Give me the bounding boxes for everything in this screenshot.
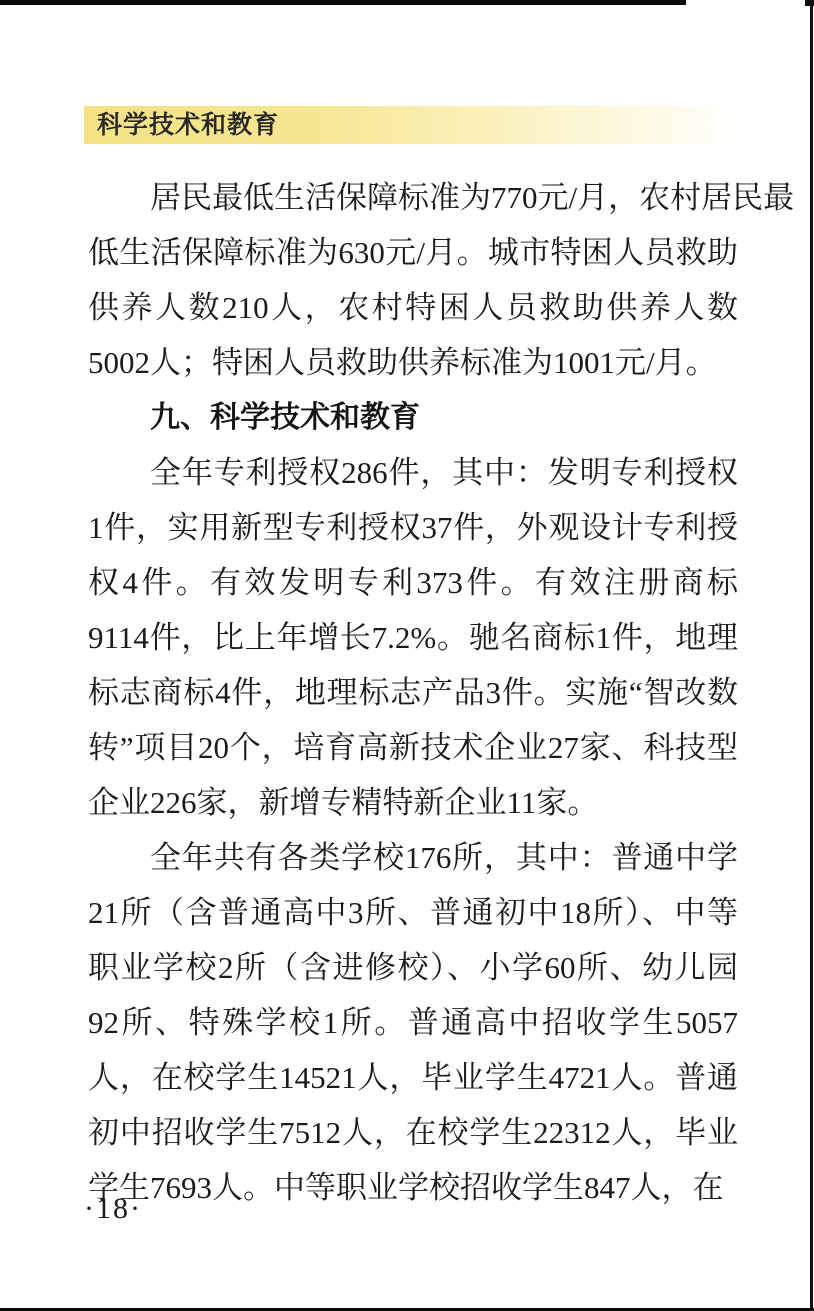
text-line: 92所、特殊学校1所。普通高中招收学生5057 xyxy=(88,995,738,1050)
running-header-label: 科学技术和教育 xyxy=(84,106,746,144)
document-body: 居民最低生活保障标准为770元/月，农村居民最低生活保障标准为630元/月。城市… xyxy=(88,170,738,1215)
text-line: 9114件，比上年增长7.2%。驰名商标1件，地理 xyxy=(88,610,738,665)
text-line: 5002人；特困人员救助供养标准为1001元/月。 xyxy=(88,335,738,390)
text-line: 职业学校2所（含进修校）、小学60所、幼儿园 xyxy=(88,940,738,995)
text-line: 全年专利授权286件，其中：发明专利授权 xyxy=(88,445,738,500)
section-heading: 九、科学技术和教育 xyxy=(88,390,738,445)
text-line: 初中招收学生7512人，在校学生22312人，毕业 xyxy=(88,1105,738,1160)
scan-right-edge-artifact xyxy=(810,0,813,1311)
running-header-tag: 科学技术和教育 xyxy=(84,106,746,144)
text-line: 企业226家，新增专精特新企业11家。 xyxy=(88,775,738,830)
text-line: 居民最低生活保障标准为770元/月，农村居民最 xyxy=(88,170,738,225)
text-line: 转”项目20个，培育高新技术企业27家、科技型 xyxy=(88,720,738,775)
text-line: 人，在校学生14521人，毕业学生4721人。普通 xyxy=(88,1050,738,1105)
text-line: 学生7693人。中等职业学校招收学生847人，在 xyxy=(88,1160,738,1215)
text-line: 低生活保障标准为630元/月。城市特困人员救助 xyxy=(88,225,738,280)
text-line: 权4件。有效发明专利373件。有效注册商标 xyxy=(88,555,738,610)
text-line: 1件，实用新型专利授权37件，外观设计专利授 xyxy=(88,500,738,555)
text-line: 21所（含普通高中3所、普通初中18所）、中等 xyxy=(88,885,738,940)
text-line: 全年共有各类学校176所，其中：普通中学 xyxy=(88,830,738,885)
page-number: ·18· xyxy=(84,1192,142,1226)
text-line: 标志商标4件，地理标志产品3件。实施“智改数 xyxy=(88,665,738,720)
document-page: 科学技术和教育 居民最低生活保障标准为770元/月，农村居民最低生活保障标准为6… xyxy=(0,0,814,1311)
text-line: 供养人数210人，农村特困人员救助供养人数 xyxy=(88,280,738,335)
scan-top-edge-artifact xyxy=(0,0,686,5)
